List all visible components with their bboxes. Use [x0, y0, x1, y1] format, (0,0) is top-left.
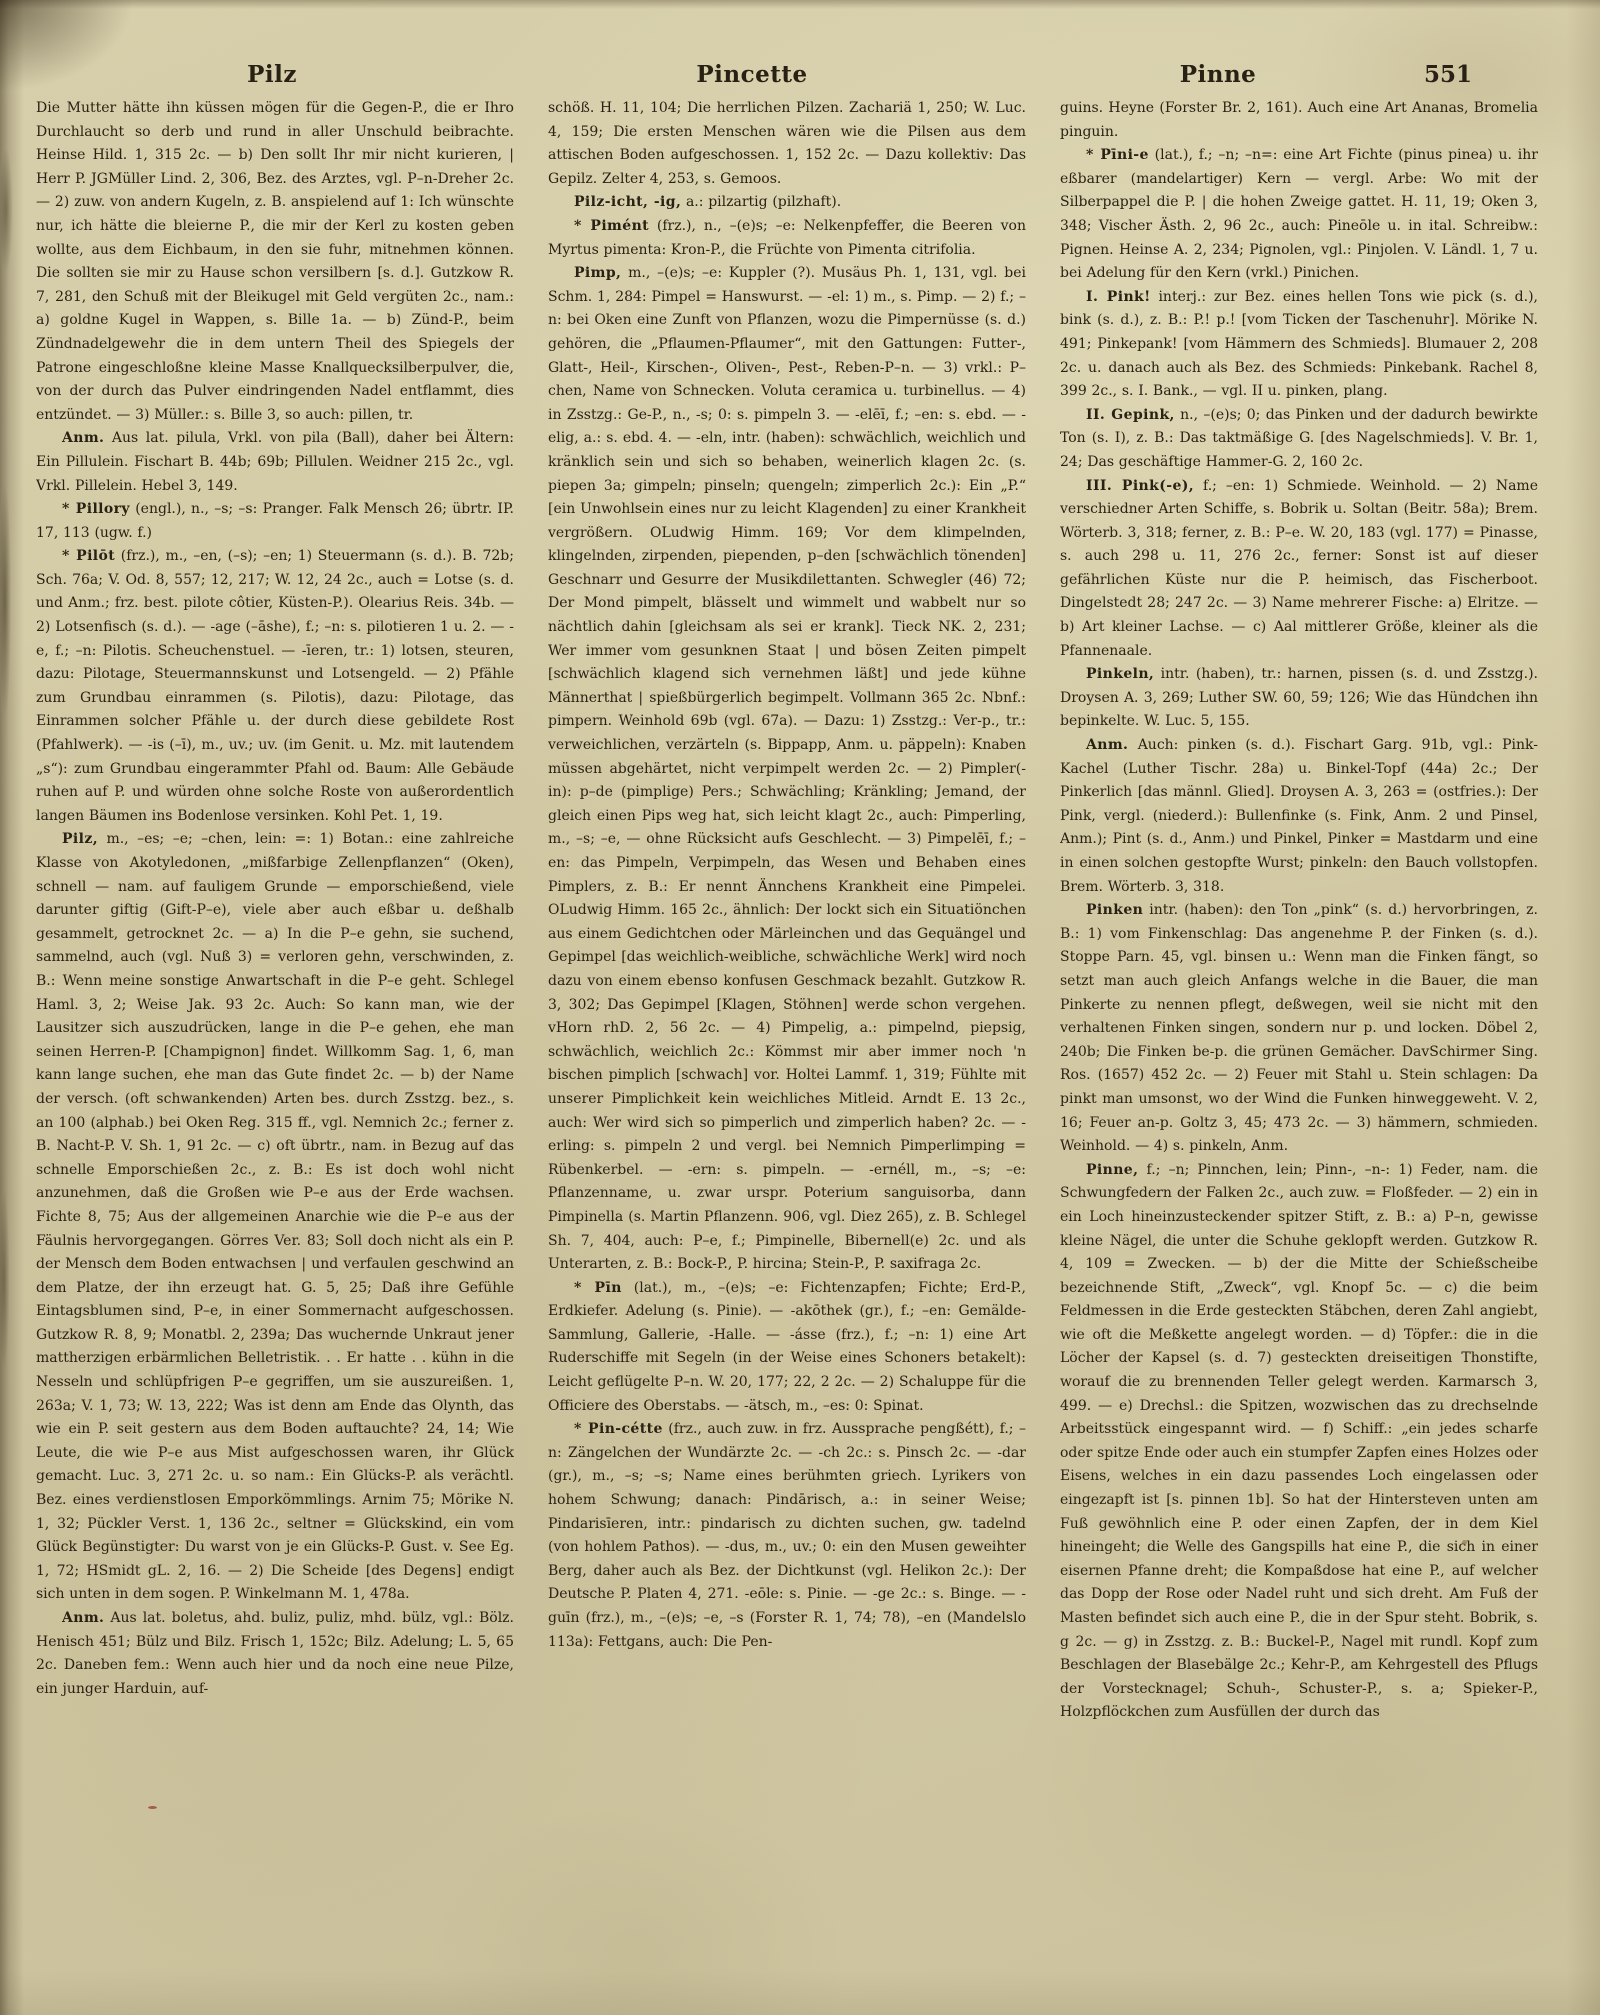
- entry-paragraph: II. Gepink, n., –(e)s; 0; das Pinken und…: [1060, 404, 1538, 475]
- entry-paragraph: Anm. Auch: pinken (s. d.). Fischart Garg…: [1060, 734, 1538, 899]
- entry-headword: Anm.: [62, 430, 104, 446]
- entry-headword: * Pilōt: [62, 548, 115, 564]
- entry-paragraph: Anm. Aus lat. pilula, Vrkl. von pila (Ba…: [36, 427, 514, 498]
- entry-paragraph: Pilz, m., –es; –e; –chen, lein: =: 1) Bo…: [36, 828, 514, 1607]
- entry-headword: * Pīn: [574, 1280, 622, 1296]
- text-column-center: schöß. H. 11, 104; Die herrlichen Pilzen…: [548, 97, 1026, 1892]
- entry-paragraph: Anm. Aus lat. boletus, ahd. buliz, puliz…: [36, 1607, 514, 1701]
- entry-paragraph: * Pīn (lat.), m., –(e)s; –e: Fichtenzapf…: [548, 1277, 1026, 1419]
- entry-headword: Pinken: [1086, 902, 1143, 918]
- entry-headword: Anm.: [62, 1610, 104, 1626]
- running-head-center: Pincette: [696, 58, 807, 92]
- entry-paragraph: Pilz-icht, -ig, a.: pilzartig (pilzhaft)…: [548, 191, 1026, 215]
- entry-headword: I. Pink!: [1086, 289, 1151, 305]
- entry-paragraph: Pinne, f.; –n; Pinnchen, lein; Pinn-, –n…: [1060, 1159, 1538, 1725]
- entry-headword: Pilz-icht, -ig,: [574, 194, 681, 210]
- entry-headword: Anm.: [1086, 737, 1128, 753]
- running-head-right: Pinne: [1180, 58, 1257, 92]
- entry-paragraph: * Pilōt (frz.), m., –en, (–s); –en; 1) S…: [36, 545, 514, 828]
- entry-paragraph: guins. Heyne (Forster Br. 2, 161). Auch …: [1060, 97, 1538, 144]
- entry-headword: Pilz,: [62, 831, 98, 847]
- entry-headword: * Pimént: [574, 218, 649, 234]
- text-column-right: guins. Heyne (Forster Br. 2, 161). Auch …: [1060, 97, 1538, 1892]
- entry-paragraph: * Pillory (engl.), n., –s; –s: Pranger. …: [36, 498, 514, 545]
- entry-headword: III. Pink(-e),: [1086, 478, 1194, 494]
- entry-headword: * Pin-cétte: [574, 1421, 663, 1437]
- running-head-left: Pilz: [247, 58, 297, 92]
- entry-paragraph: * Pin-cétte (frz., auch zuw. in frz. Aus…: [548, 1418, 1026, 1654]
- entry-paragraph: schöß. H. 11, 104; Die herrlichen Pilzen…: [548, 97, 1026, 191]
- entry-paragraph: Pimp, m., –(e)s; –e: Kuppler (?). Musäus…: [548, 262, 1026, 1277]
- entry-paragraph: Pinkeln, intr. (haben), tr.: harnen, pis…: [1060, 663, 1538, 734]
- entry-headword: * Pīni-e: [1086, 147, 1149, 163]
- entry-paragraph: I. Pink! interj.: zur Bez. eines hellen …: [1060, 286, 1538, 404]
- entry-paragraph: Die Mutter hätte ihn küssen mögen für di…: [36, 97, 514, 427]
- dictionary-page: Pilz Pincette Pinne 551 Die Mutter hätte…: [0, 0, 1600, 2015]
- entry-headword: II. Gepink,: [1086, 407, 1175, 423]
- entry-paragraph: * Pimént (frz.), n., –(e)s; –e: Nelkenpf…: [548, 215, 1026, 262]
- entry-headword: * Pillory: [62, 501, 130, 517]
- page-number: 551: [1424, 58, 1472, 92]
- text-column-left: Die Mutter hätte ihn küssen mögen für di…: [36, 97, 514, 1892]
- entry-headword: Pimp,: [574, 265, 621, 281]
- entry-headword: Pinkeln,: [1086, 666, 1154, 682]
- entry-headword: Pinne,: [1086, 1162, 1138, 1178]
- entry-paragraph: Pinken intr. (haben): den Ton „pink“ (s.…: [1060, 899, 1538, 1159]
- entry-paragraph: * Pīni-e (lat.), f.; –n; –n=: eine Art F…: [1060, 144, 1538, 286]
- entry-paragraph: III. Pink(-e), f.; –en: 1) Schmiede. Wei…: [1060, 475, 1538, 664]
